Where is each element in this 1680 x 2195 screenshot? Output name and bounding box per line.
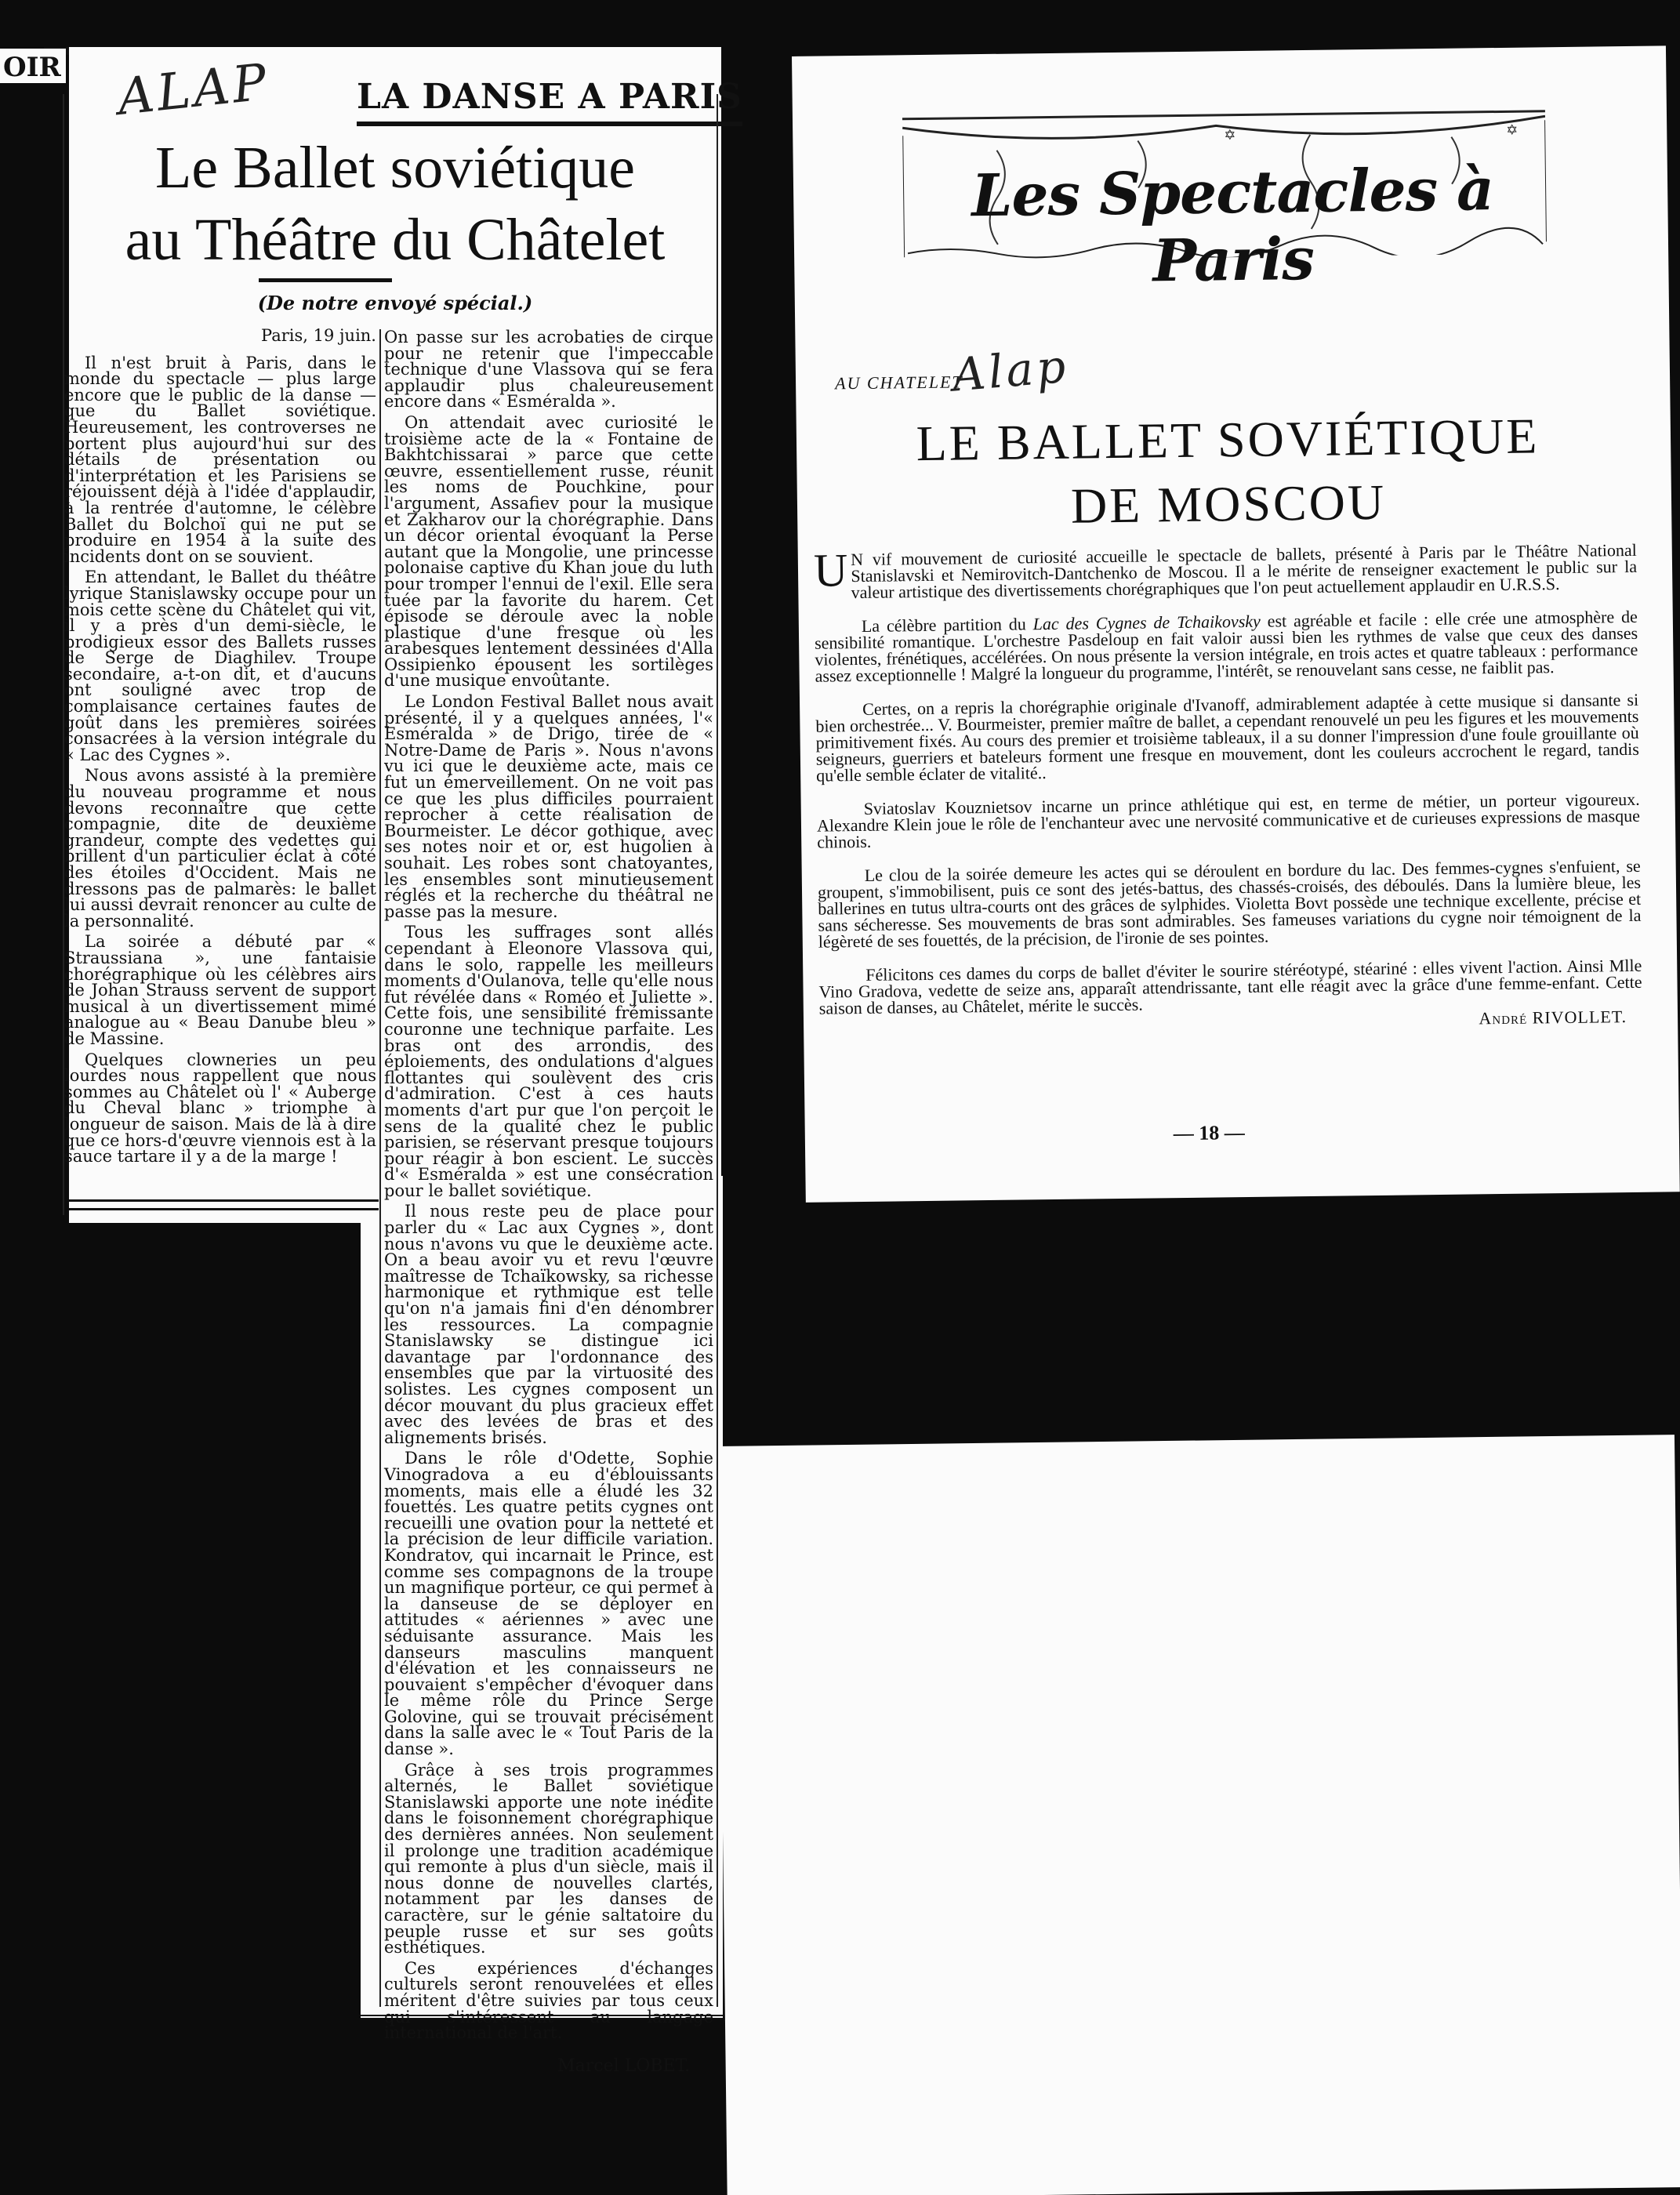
headline-line-1: LE BALLET SOVIÉTIQUE bbox=[828, 403, 1628, 477]
headline-line-2: DE MOSCOU bbox=[829, 467, 1629, 541]
special-correspondent-note: (De notre envoyé spécial.) bbox=[69, 292, 721, 314]
article-body: UN vif mouvement de curiosité accueille … bbox=[814, 542, 1642, 1035]
paragraph: Ces expériences d'échanges culturels ser… bbox=[384, 1961, 713, 2041]
author-signature: Marcel LOBET. bbox=[384, 2059, 713, 2075]
headline-line-2: au Théâtre du Châtelet bbox=[69, 204, 721, 276]
paragraph: Quelques clowneries un peu lourdes nous … bbox=[64, 1052, 376, 1165]
paragraph: UN vif mouvement de curiosité accueille … bbox=[814, 542, 1638, 601]
article-column-2: On passe sur les acrobaties de cirque po… bbox=[384, 329, 713, 2079]
paragraph: Sviatoslav Kouznietsov incarne un prince… bbox=[817, 791, 1641, 851]
right-clipping: ✡ ✡ Les Spectacles à Paris AU CHATELET A… bbox=[792, 45, 1680, 1203]
title-divider bbox=[259, 278, 392, 282]
paragraph: Il nous reste peu de place pour parler d… bbox=[384, 1203, 713, 1446]
kicker-label: AU CHATELET bbox=[835, 372, 963, 394]
paragraph: La célèbre partition du Lac des Cygnes d… bbox=[815, 608, 1638, 684]
svg-text:✡: ✡ bbox=[1506, 122, 1518, 139]
article-column-1: Paris, 19 juin. Il n'est bruit à Paris, … bbox=[64, 328, 376, 1170]
paragraph: Le clou de la soirée demeure les actes q… bbox=[818, 858, 1642, 950]
dateline: Paris, 19 juin. bbox=[64, 328, 376, 344]
masthead-fragment: OIR bbox=[0, 49, 66, 83]
page-number: — 18 — bbox=[1174, 1121, 1245, 1145]
column-end-double-rule bbox=[69, 1199, 379, 1210]
paragraph: Certes, on a repris la chorégraphie orig… bbox=[815, 691, 1639, 784]
paragraph: La soirée a débuté par « Straussiana », … bbox=[64, 934, 376, 1047]
paragraph: Tous les suffrages sont allés cependant … bbox=[384, 924, 713, 1199]
column-divider bbox=[379, 329, 381, 2007]
handwritten-annotation: Alap bbox=[950, 339, 1070, 402]
paragraph: On passe sur les acrobaties de cirque po… bbox=[384, 329, 713, 410]
section-rubric: LA DANSE A PARIS bbox=[357, 77, 742, 126]
paragraph: En attendant, le Ballet du théâtre lyriq… bbox=[64, 569, 376, 763]
paragraph: Nous avons assisté à la première du nouv… bbox=[64, 767, 376, 929]
right-border-rule bbox=[717, 94, 718, 2007]
svg-text:✡: ✡ bbox=[1224, 127, 1236, 143]
article-headline: Le Ballet soviétique au Théâtre du Châte… bbox=[69, 132, 721, 276]
headline-line-1: Le Ballet soviétique bbox=[69, 132, 721, 204]
drop-cap: U bbox=[814, 551, 851, 590]
spectacles-banner: ✡ ✡ Les Spectacles à Paris bbox=[902, 110, 1547, 261]
paragraph: Dans le rôle d'Odette, Sophie Vinogradov… bbox=[384, 1450, 713, 1757]
paragraph: Le London Festival Ballet nous avait pré… bbox=[384, 694, 713, 920]
paragraph: Grâce à ses trois programmes alternés, l… bbox=[384, 1762, 713, 1956]
paragraph: On attendait avec curiosité le troisième… bbox=[384, 415, 713, 689]
article-headline: LE BALLET SOVIÉTIQUE DE MOSCOU bbox=[828, 403, 1629, 541]
paragraph: Il n'est bruit à Paris, dans le monde du… bbox=[64, 355, 376, 565]
blank-sheet bbox=[718, 1435, 1680, 2195]
banner-title: Les Spectacles à Paris bbox=[934, 156, 1532, 298]
